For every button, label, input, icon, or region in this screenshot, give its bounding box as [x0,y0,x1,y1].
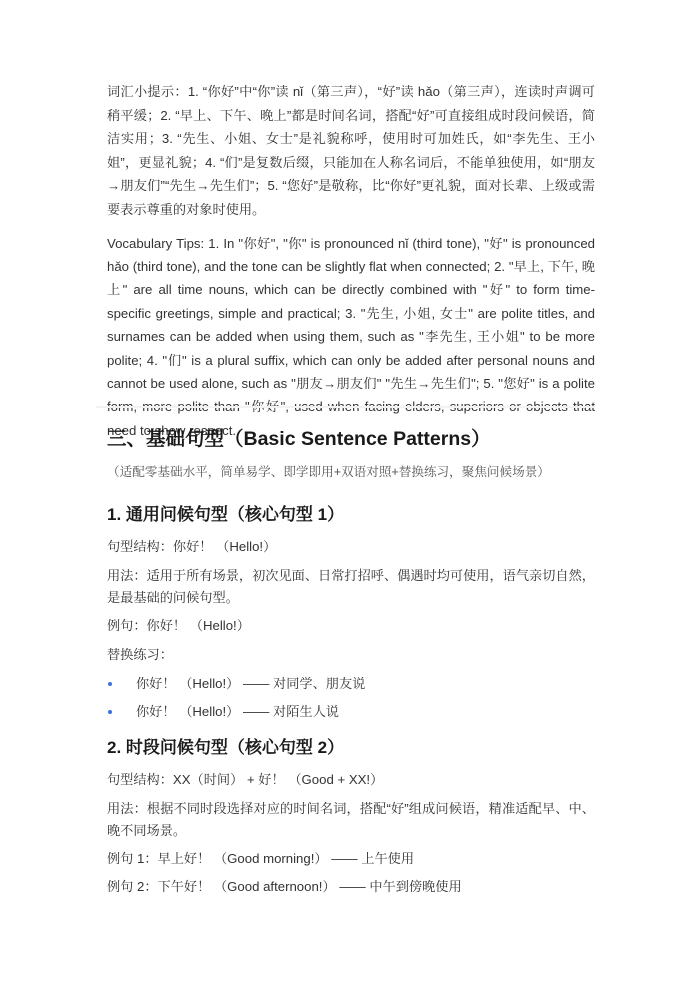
practice-item-text: 你好！ （Hello!） —— 对陌生人说 [136,704,339,719]
pattern-2-example-2: 例句 2：下午好！ （Good afternoon!） —— 中午到傍晚使用 [107,876,595,898]
pattern-2-block: 2. 时段问候句型（核心句型 2） 句型结构：XX（时间） + 好！ （Good… [107,735,595,898]
pattern-1-block: 1. 通用问候句型（核心句型 1） 句型结构：你好！ （Hello!） 用法：适… [107,502,595,723]
practice-list-item: 你好！ （Hello!） —— 对同学、朋友说 [107,673,595,695]
section-divider [96,406,595,408]
section-title: 三、基础句型（Basic Sentence Patterns） [107,424,491,454]
practice-item-text: 你好！ （Hello!） —— 对同学、朋友说 [136,676,365,691]
pattern-2-example-1: 例句 1：早上好！ （Good morning!） —— 上午使用 [107,848,595,870]
pattern-2-heading: 2. 时段问候句型（核心句型 2） [107,735,595,761]
pattern-1-practice-label: 替换练习： [107,644,595,666]
pattern-2-structure: 句型结构：XX（时间） + 好！ （Good + XX!） [107,769,595,791]
bullet-icon [108,682,112,686]
document-page: 词汇小提示：1. “你好”中“你”读 nǐ（第三声），“好”读 hǎo（第三声）… [107,80,595,442]
section-subtitle: （适配零基础水平，简单易学、即学即用+双语对照+替换练习，聚焦问候场景） [107,462,550,482]
pattern-1-structure: 句型结构：你好！ （Hello!） [107,536,595,558]
pattern-1-heading: 1. 通用问候句型（核心句型 1） [107,502,595,528]
pattern-1-usage: 用法：适用于所有场景，初次见面、日常打招呼、偶遇时均可使用，语气亲切自然，是最基… [107,565,595,608]
pattern-1-example: 例句：你好！ （Hello!） [107,615,595,637]
practice-list-item: 你好！ （Hello!） —— 对陌生人说 [107,701,595,723]
bullet-icon [108,710,112,714]
pattern-2-usage: 用法：根据不同时段选择对应的时间名词，搭配“好”组成问候语，精准适配早、中、晚不… [107,798,595,841]
vocab-tips-english: Vocabulary Tips: 1. In "你好", "你" is pron… [107,232,595,443]
vocab-tips-chinese: 词汇小提示：1. “你好”中“你”读 nǐ（第三声），“好”读 hǎo（第三声）… [107,80,595,222]
